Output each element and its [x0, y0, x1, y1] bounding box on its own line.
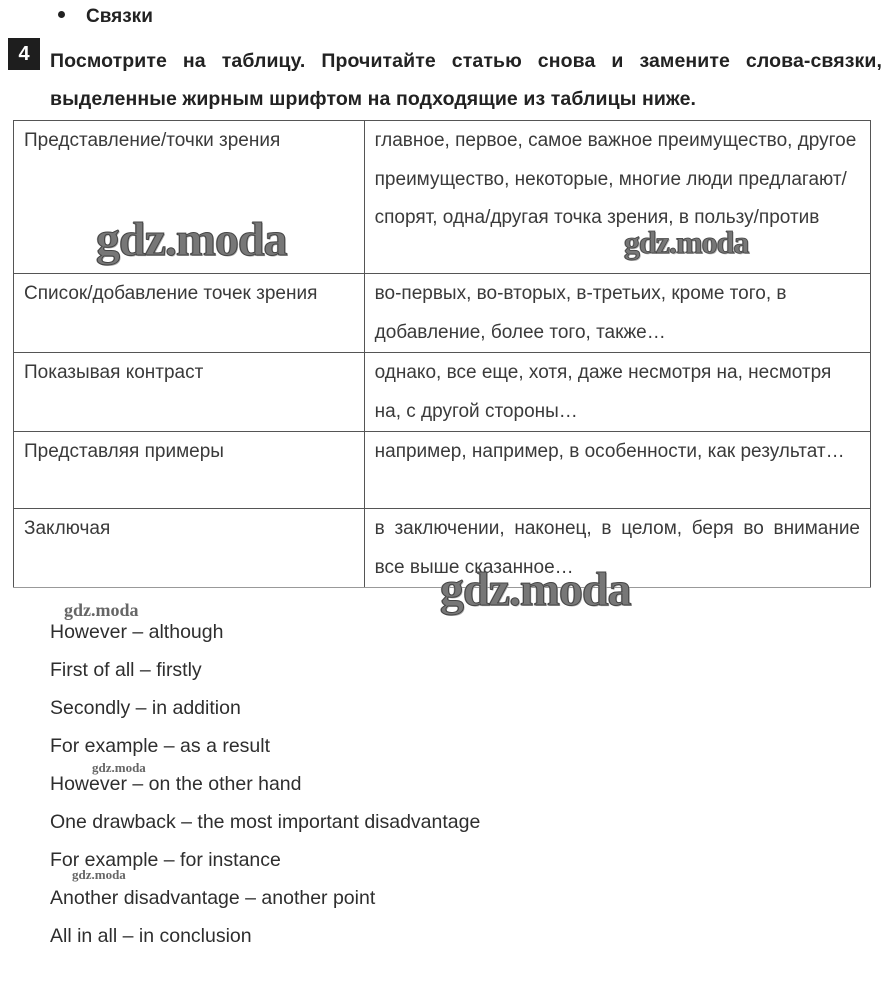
task-instruction: Посмотрите на таблицу. Прочитайте статью… [50, 42, 882, 118]
watermark: gdz.moda [624, 224, 748, 261]
watermark: gdz.moda [64, 600, 139, 621]
section-heading-text: Связки [86, 6, 153, 27]
table-row: Список/добавление точек зрения во-первых… [14, 274, 871, 353]
answer-item: First of all – firstly [50, 651, 480, 689]
task-number-badge: 4 [8, 38, 40, 70]
watermark: gdz.moda [96, 212, 287, 267]
connectors-table: Представление/точки зрения главное, перв… [13, 120, 871, 588]
table-row: Показывая контраст однако, все еще, хотя… [14, 353, 871, 432]
table-cell-words: во-первых, во-вторых, в-третьих, кроме т… [364, 274, 870, 353]
answer-item: Secondly – in addition [50, 689, 480, 727]
answer-item: Another disadvantage – another point [50, 879, 480, 917]
table-cell-words: главное, первое, самое важное преимущест… [364, 121, 870, 274]
answers-list: However – although First of all – firstl… [50, 613, 480, 955]
watermark: gdz.moda [72, 867, 126, 883]
answer-item: All in all – in conclusion [50, 917, 480, 955]
watermark: gdz.moda [92, 760, 146, 776]
table-cell-words: однако, все еще, хотя, даже несмотря на,… [364, 353, 870, 432]
watermark: gdz.moda [440, 562, 631, 617]
table-cell-category: Представляя примеры [14, 432, 365, 509]
table-cell-words: например, например, в особенности, как р… [364, 432, 870, 509]
bullet-icon [58, 11, 65, 18]
table-cell-category: Заключая [14, 509, 365, 588]
table-cell-category: Список/добавление точек зрения [14, 274, 365, 353]
answer-item: One drawback – the most important disadv… [50, 803, 480, 841]
table-row: Представляя примеры например, например, … [14, 432, 871, 509]
section-heading: Связки [58, 6, 153, 28]
table-cell-category: Показывая контраст [14, 353, 365, 432]
